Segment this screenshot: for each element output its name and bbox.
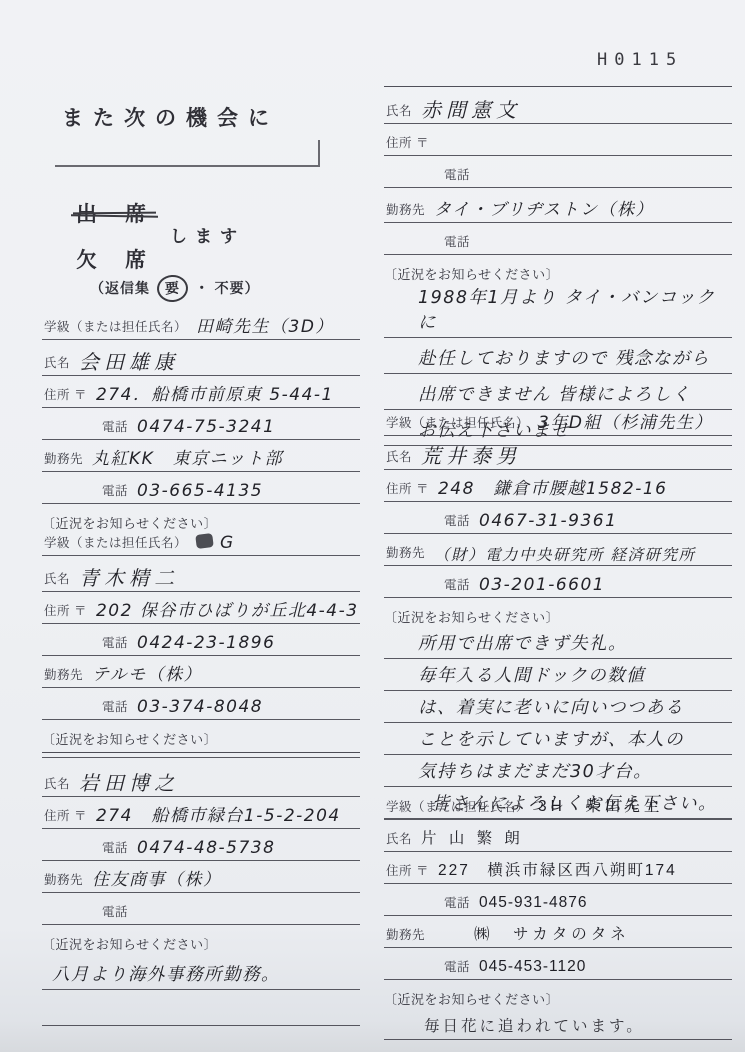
- field-value-address: 274．船橋市前原東 5-44-1: [96, 387, 334, 405]
- field-label-phone: 電話: [444, 575, 470, 595]
- row-phone-work: 電話 03-374-8048: [42, 688, 360, 720]
- field-label-phone: 電話: [444, 165, 470, 185]
- field-value-workplace: （財）電力中央研究所 経済研究所: [434, 547, 695, 563]
- row-address: 住所 〒 202 保谷市ひばりが丘北4-4-3: [42, 592, 360, 624]
- field-value-workplace: テルモ（株）: [92, 667, 202, 685]
- attendance-suffix: します: [170, 222, 245, 247]
- field-label-address: 住所 〒: [386, 479, 429, 499]
- field-label-name: 氏名: [386, 829, 412, 849]
- row-phone-work: 電話 045-453-1120: [384, 948, 732, 980]
- reply-not-required: 不要）: [215, 280, 260, 296]
- news-empty-line: [42, 990, 360, 1026]
- row-phone-home: 電話: [384, 156, 732, 188]
- news-text-line: 所用で出席できず失礼。: [384, 627, 732, 659]
- field-value-workplace: 丸紅KK 東京ニット部: [92, 451, 283, 469]
- news-text-line: 赴任しておりますので 残念ながら: [384, 338, 732, 374]
- field-label-address: 住所 〒: [44, 601, 87, 621]
- form-entry-arai: 学級（または担任氏名） 3年D組（杉浦先生） 氏名 荒井泰男 住所 〒 248 …: [384, 404, 732, 819]
- field-label-phone: 電話: [102, 902, 128, 922]
- field-value-phone: 0424-23-1896: [137, 635, 275, 653]
- row-phone-home: 電話 0474-48-5738: [42, 829, 360, 861]
- row-phone-work: 電話 03-201-6601: [384, 566, 732, 598]
- field-value-name: 岩田博之: [79, 773, 179, 794]
- entry-separator-line: [42, 752, 360, 758]
- field-value-address: 274 船橋市緑台1-5-2-204: [96, 808, 341, 826]
- row-address: 住所 〒: [384, 124, 732, 156]
- row-phone-work: 電話 03-665-4135: [42, 472, 360, 504]
- field-label-phone: 電話: [102, 417, 128, 437]
- field-value-address: 227 横浜市緑区西八朔町174: [438, 863, 677, 881]
- row-name: 氏名 岩田博之: [42, 761, 360, 797]
- form-entry-aida: 学級（または担任氏名） 田崎先生（3D） 氏名 会田雄康 住所 〒 274．船橋…: [42, 308, 360, 533]
- field-value-workplace: タイ・ブリヂストン（株）: [434, 202, 654, 220]
- field-value-name: 荒井泰男: [421, 446, 521, 467]
- field-value-class: 3年D組（杉浦先生）: [538, 415, 713, 433]
- row-address: 住所 〒 274．船橋市前原東 5-44-1: [42, 376, 360, 408]
- row-workplace: 勤務先 （財）電力中央研究所 経済研究所: [384, 534, 732, 566]
- field-value-name: 青木精二: [79, 568, 179, 589]
- field-label-workplace: 勤務先: [386, 543, 425, 563]
- row-phone-work: 電話: [42, 893, 360, 925]
- row-workplace: 勤務先 テルモ（株）: [42, 656, 360, 688]
- absence-option: 欠席: [76, 244, 174, 274]
- news-section-label: 〔近況をお知らせください〕: [384, 262, 732, 284]
- news-text-line: 毎年入る人間ドックの数値: [384, 659, 732, 691]
- field-label-address: 住所 〒: [386, 133, 429, 153]
- row-name: 氏名 赤間憲文: [384, 87, 732, 124]
- field-label-class: 学級（または担任氏名）: [386, 797, 529, 817]
- ink-scribble-icon: [195, 533, 214, 549]
- row-name: 氏名 青木精二: [42, 556, 360, 592]
- reply-required-circled: 要: [156, 274, 189, 303]
- field-value-class: 田崎先生（3D）: [196, 319, 334, 337]
- title-underline-bracket: [55, 140, 320, 167]
- field-label-workplace: 勤務先: [44, 449, 83, 469]
- row-address: 住所 〒 227 横浜市緑区西八朔町174: [384, 852, 732, 884]
- row-address: 住所 〒 248 鎌倉市腰越1582-16: [384, 470, 732, 502]
- news-text-line: 八月より海外事務所勤務。: [42, 954, 360, 990]
- field-value-phone: 03-374-8048: [137, 699, 263, 717]
- field-label-phone: 電話: [102, 838, 128, 858]
- news-section-label: 〔近況をお知らせください〕: [384, 605, 732, 627]
- field-value-name: 片 山 繁 朗: [421, 831, 524, 849]
- field-value-address: 202 保谷市ひばりが丘北4-4-3: [96, 603, 359, 621]
- field-label-phone: 電話: [444, 893, 470, 913]
- row-workplace: 勤務先 ㈱ サカタのタネ: [384, 916, 732, 948]
- row-workplace: 勤務先 丸紅KK 東京ニット部: [42, 440, 360, 472]
- field-value-phone: 0474-48-5738: [137, 840, 275, 858]
- row-class: 学級（または担任氏名） 田崎先生（3D）: [42, 308, 360, 340]
- field-value-name: 会田雄康: [79, 352, 179, 373]
- field-value-phone: 045-931-4876: [479, 895, 588, 913]
- row-name: 氏名 会田雄康: [42, 340, 360, 376]
- field-label-name: 氏名: [44, 774, 70, 794]
- attendance-struck-text: 出席: [76, 198, 174, 228]
- field-label-address: 住所 〒: [44, 806, 87, 826]
- row-phone-home: 電話 0474-75-3241: [42, 408, 360, 440]
- field-label-workplace: 勤務先: [44, 870, 83, 890]
- form-entry-iwata: 氏名 岩田博之 住所 〒 274 船橋市緑台1-5-2-204 電話 0474-…: [42, 752, 360, 1026]
- form-entry-katayama: 学級（または担任氏名） 3H 柴田先生 氏名 片 山 繁 朗 住所 〒 227 …: [384, 788, 732, 1040]
- news-section-label: 〔近況をお知らせください〕: [42, 727, 360, 749]
- field-label-class: 学級（または担任氏名）: [44, 317, 187, 337]
- reply-prefix: （返信集: [90, 280, 150, 296]
- field-value-class: 3H 柴田先生: [538, 799, 663, 817]
- field-label-class: 学級（または担任氏名）: [44, 533, 187, 553]
- field-value-phone: 0474-75-3241: [137, 419, 275, 437]
- scanned-reply-form-page: H0115 また次の機会に 出席 します 欠席 （返信集 要 ・ 不要） 学級（…: [0, 0, 745, 1052]
- field-value-phone: 03-201-6601: [479, 577, 605, 595]
- field-value-workplace: 住友商事（株）: [92, 872, 222, 890]
- row-phone-home: 電話 045-931-4876: [384, 884, 732, 916]
- form-entry-akama: 氏名 赤間憲文 住所 〒 電話 勤務先 タイ・ブリヂストン（株） 電話 〔近況を…: [384, 86, 732, 446]
- row-phone-work: 電話: [384, 223, 732, 255]
- field-value-workplace: ㈱ サカタのタネ: [434, 927, 630, 945]
- field-label-name: 氏名: [44, 353, 70, 373]
- row-phone-home: 電話 0424-23-1896: [42, 624, 360, 656]
- field-label-phone: 電話: [102, 633, 128, 653]
- row-address: 住所 〒 274 船橋市緑台1-5-2-204: [42, 797, 360, 829]
- form-entry-aoki: 学級（または担任氏名） G 氏名 青木精二 住所 〒 202 保谷市ひばりが丘北…: [42, 524, 360, 749]
- field-label-address: 住所 〒: [386, 861, 429, 881]
- field-label-phone: 電話: [444, 957, 470, 977]
- field-label-name: 氏名: [386, 101, 412, 121]
- row-phone-home: 電話 0467-31-9361: [384, 502, 732, 534]
- reply-collection-line: （返信集 要 ・ 不要）: [90, 275, 260, 302]
- document-code: H0115: [597, 50, 683, 70]
- news-text-line: 毎日花に追われています。: [384, 1009, 732, 1040]
- news-section-label: 〔近況をお知らせください〕: [384, 987, 732, 1009]
- field-label-name: 氏名: [44, 569, 70, 589]
- field-label-phone: 電話: [102, 697, 128, 717]
- news-text-line: は、着実に老いに向いつつある: [384, 691, 732, 723]
- field-value-phone: 0467-31-9361: [479, 513, 617, 531]
- reply-separator: ・: [195, 280, 210, 296]
- row-workplace: 勤務先 タイ・ブリヂストン（株）: [384, 188, 732, 223]
- field-value-class: G: [196, 534, 235, 553]
- row-name: 氏名 荒井泰男: [384, 436, 732, 470]
- attendance-option-struck: 出席: [76, 198, 174, 228]
- field-value-phone: 03-665-4135: [137, 483, 263, 501]
- field-label-workplace: 勤務先: [386, 200, 425, 220]
- field-label-workplace: 勤務先: [44, 665, 83, 685]
- field-label-phone: 電話: [102, 481, 128, 501]
- field-label-phone: 電話: [444, 232, 470, 252]
- field-value-address: 248 鎌倉市腰越1582-16: [438, 481, 667, 499]
- news-section-label: 〔近況をお知らせください〕: [42, 932, 360, 954]
- row-workplace: 勤務先 住友商事（株）: [42, 861, 360, 893]
- news-text-line: 1988年1月より タイ・バンコックに: [384, 284, 732, 338]
- row-class: 学級（または担任氏名） 3年D組（杉浦先生）: [384, 404, 732, 436]
- news-text-line: ことを示していますが、本人の: [384, 723, 732, 755]
- field-value-phone: 045-453-1120: [479, 959, 586, 977]
- row-class: 学級（または担任氏名） 3H 柴田先生: [384, 788, 732, 820]
- field-label-name: 氏名: [386, 447, 412, 467]
- field-label-class: 学級（または担任氏名）: [386, 413, 529, 433]
- row-name: 氏名 片 山 繁 朗: [384, 820, 732, 852]
- news-text-line: 気持ちはまだまだ30才台。: [384, 755, 732, 787]
- field-label-address: 住所 〒: [44, 385, 87, 405]
- field-value-name: 赤間憲文: [421, 100, 521, 121]
- field-label-workplace: 勤務先: [386, 925, 425, 945]
- page-title: また次の機会に: [62, 102, 279, 132]
- field-label-phone: 電話: [444, 511, 470, 531]
- row-class: 学級（または担任氏名） G: [42, 524, 360, 556]
